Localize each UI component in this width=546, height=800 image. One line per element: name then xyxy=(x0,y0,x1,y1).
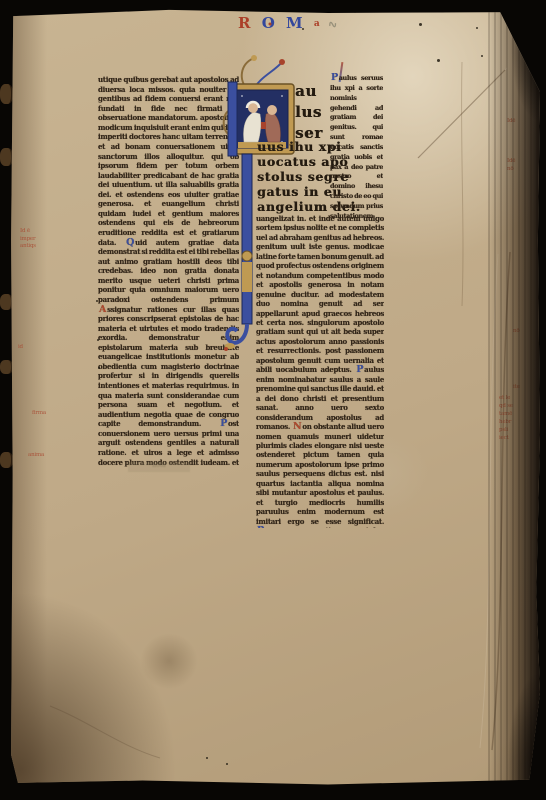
text-segment: on obstante aliud uero nomen quamuis mun… xyxy=(256,422,384,526)
binding-knot xyxy=(0,148,13,166)
speck xyxy=(481,55,483,57)
gloss-column-main: uangelizat in. et inde autem uulgo sorte… xyxy=(256,214,384,528)
binding-knot xyxy=(0,294,13,310)
text-segment: orro ex maceratione apostolus dicitur qu… xyxy=(256,526,384,528)
marginal-gloss-left: anima xyxy=(28,452,44,460)
binding-knot xyxy=(0,360,13,374)
running-title-small-a: a xyxy=(314,19,320,29)
quire-squiggle: ∿ xyxy=(327,17,339,32)
incipit-line: lus xyxy=(295,103,322,121)
binding-knot xyxy=(0,84,13,104)
manuscript-photo: R O M a ∿ utique quibus gerebat aut apos… xyxy=(0,0,546,800)
lombard-initial: P xyxy=(330,73,339,83)
incipit-line: uus ihu xpi xyxy=(257,139,341,154)
parchment-page: R O M a ∿ utique quibus gerebat aut apos… xyxy=(10,6,540,786)
text-segment: uangelizat in. et inde autem uulgo sorte… xyxy=(256,214,384,374)
text-segment: ssignatur rationes cur illas quas priore… xyxy=(98,305,239,429)
lombard-initial: P xyxy=(355,364,364,375)
speck xyxy=(97,339,99,341)
speck xyxy=(206,757,208,759)
lombard-initial: P xyxy=(256,525,265,528)
lombard-initial: N xyxy=(292,421,302,432)
running-title-letter-r: R xyxy=(238,14,253,32)
erased-note: nota xyxy=(128,462,190,472)
page-edge-shadow xyxy=(488,6,540,786)
running-title-letter-o: O xyxy=(262,14,278,32)
speck xyxy=(476,27,478,29)
text-segment: uid autem gratiae data demonstrat si red… xyxy=(98,238,239,304)
prologue-column: utique quibus gerebat aut apostolos ad d… xyxy=(98,75,239,467)
incipit-line: au xyxy=(295,82,317,100)
text-segment: aulus seruus ihu xpi a sorte nominis geh… xyxy=(330,74,383,221)
speck xyxy=(354,11,356,13)
marginal-gloss-left: Id ē imper antiqs xyxy=(20,228,36,251)
gloss-column-upper: Paulus seruus ihu xpi a sorte nominis ge… xyxy=(330,73,383,221)
speck xyxy=(302,28,304,30)
marginal-gloss-left: firma xyxy=(32,410,46,418)
lombard-initial: Q xyxy=(125,237,135,248)
speck xyxy=(419,23,422,26)
running-title: R O M a ∿ xyxy=(238,14,337,32)
lombard-initial: A xyxy=(98,304,107,315)
speck xyxy=(98,367,100,369)
speck xyxy=(226,763,228,765)
binding-knot xyxy=(0,452,13,468)
speck xyxy=(437,59,440,62)
marginal-gloss-left: id xyxy=(18,344,23,352)
lombard-initial: P xyxy=(219,418,228,429)
text-segment: utique quibus gerebat aut apostolos ad d… xyxy=(98,75,239,247)
speck xyxy=(96,300,98,302)
